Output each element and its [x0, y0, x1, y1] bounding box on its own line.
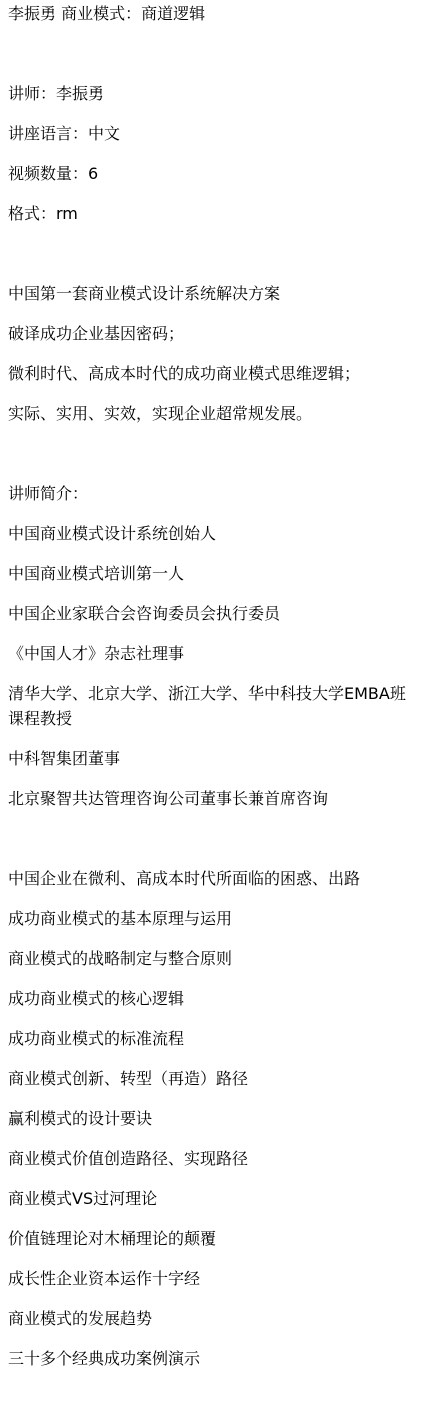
- course-meta-line: 格式：rm: [8, 201, 420, 226]
- course-meta-line: 讲师：李振勇: [8, 81, 420, 106]
- course-outline-line: 商业模式VS过河理论: [8, 1186, 420, 1211]
- page-title: 李振勇 商业模式：商道逻辑: [8, 1, 420, 26]
- course-outline-line: 商业模式的战略制定与整合原则: [8, 946, 420, 971]
- course-outline-line: 三十多个经典成功案例演示: [8, 1346, 420, 1371]
- course-intro-line: 实际、实用、实效，实现企业超常规发展。: [8, 401, 420, 426]
- course-outline-line: 成功商业模式的标准流程: [8, 1026, 420, 1051]
- course-outline-line: 价值链理论对木桶理论的颠覆: [8, 1226, 420, 1251]
- course-intro-line: 破译成功企业基因密码；: [8, 321, 420, 346]
- blank-line: [8, 826, 420, 851]
- course-intro-line: 中国第一套商业模式设计系统解决方案: [8, 281, 420, 306]
- course-outline-line: 商业模式创新、转型（再造）路径: [8, 1066, 420, 1091]
- course-intro-line: 微利时代、高成本时代的成功商业模式思维逻辑；: [8, 361, 420, 386]
- blank-line: [8, 241, 420, 266]
- course-meta-line: 视频数量：6: [8, 161, 420, 186]
- lecturer-profile-line: 清华大学、北京大学、浙江大学、华中科技大学EMBA班课程教授: [8, 681, 420, 731]
- course-outline-line: 中国企业在微利、高成本时代所面临的困惑、出路: [8, 866, 420, 891]
- lecturer-profile-line: 中国商业模式培训第一人: [8, 561, 420, 586]
- blank-line: [8, 41, 420, 66]
- course-outline-line: 成长性企业资本运作十字经: [8, 1266, 420, 1291]
- course-outline-line: 赢利模式的设计要诀: [8, 1106, 420, 1131]
- course-outline-line: 商业模式价值创造路径、实现路径: [8, 1146, 420, 1171]
- blank-line: [8, 441, 420, 466]
- lecturer-profile-line: 中国企业家联合会咨询委员会执行委员: [8, 601, 420, 626]
- lecturer-profile-line: 中科智集团董事: [8, 746, 420, 771]
- lecturer-profile-line: 中国商业模式设计系统创始人: [8, 521, 420, 546]
- course-outline-line: 商业模式的发展趋势: [8, 1306, 420, 1331]
- course-meta-line: 讲座语言：中文: [8, 121, 420, 146]
- lecturer-profile-line: 讲师简介：: [8, 481, 420, 506]
- document-page: 李振勇 商业模式：商道逻辑 讲师：李振勇讲座语言：中文视频数量：6格式：rm中国…: [0, 0, 428, 1409]
- lecturer-profile-line: 北京聚智共达管理咨询公司董事长兼首席咨询: [8, 786, 420, 811]
- lecturer-profile-line: 《中国人才》杂志社理事: [8, 641, 420, 666]
- course-outline-line: 成功商业模式的核心逻辑: [8, 986, 420, 1011]
- course-outline-line: 成功商业模式的基本原理与运用: [8, 906, 420, 931]
